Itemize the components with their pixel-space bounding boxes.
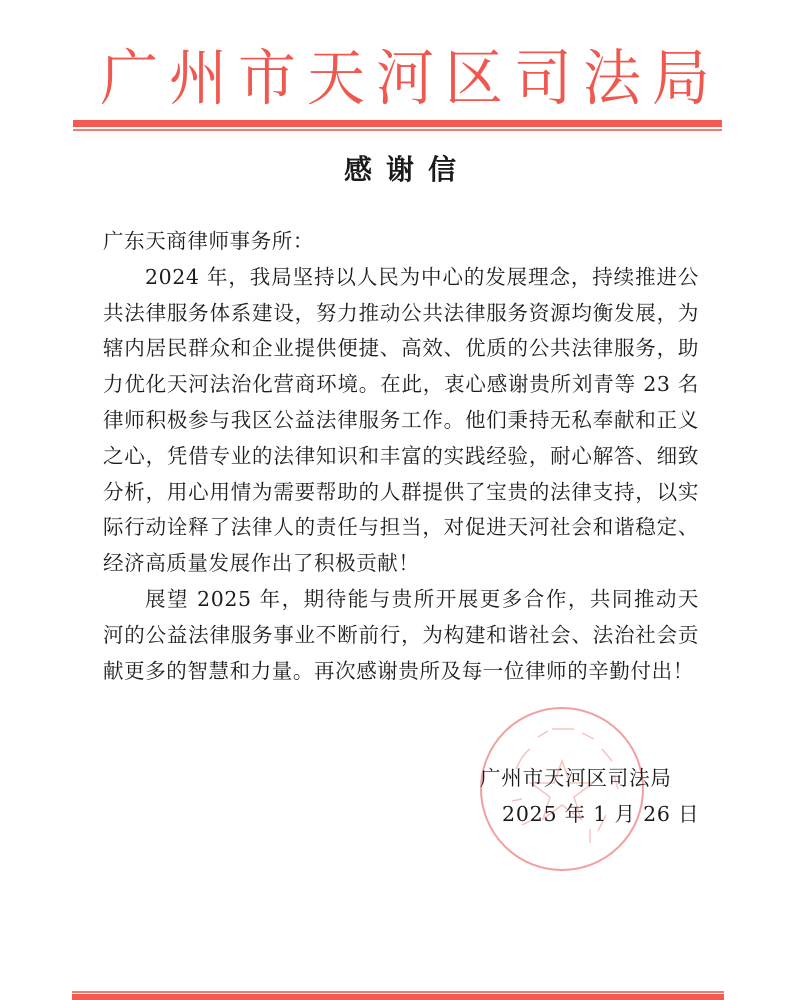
letterhead-char: 市 <box>238 38 296 118</box>
letterhead-divider-thick <box>73 120 722 127</box>
signature-block: 广州市天河区司法局 2025 年 1 月 26 日 <box>478 760 708 832</box>
letterhead-char: 河 <box>376 38 434 118</box>
letterhead-char: 法 <box>583 38 641 118</box>
signature-organization: 广州市天河区司法局 <box>478 760 708 796</box>
letter-body: 广东天商律师事务所： 2024 年，我局坚持以人民为中心的发展理念，持续推进公共… <box>103 224 699 689</box>
letterhead-char: 天 <box>307 38 365 118</box>
body-paragraph: 展望 2025 年，期待能与贵所开展更多合作，共同推动天河的公益法律服务事业不断… <box>103 582 699 689</box>
footer-divider-thick <box>72 994 724 1000</box>
letterhead-char: 州 <box>169 38 227 118</box>
footer-divider-thin <box>72 991 724 993</box>
letterhead-char: 局 <box>652 38 710 118</box>
signature-date: 2025 年 1 月 26 日 <box>478 796 708 832</box>
letterhead-char: 广 <box>100 38 158 118</box>
letterhead-char: 区 <box>445 38 503 118</box>
salutation: 广东天商律师事务所： <box>103 224 699 260</box>
letterhead-title: 广 州 市 天 河 区 司 法 局 <box>100 40 710 116</box>
letterhead-divider-thin <box>73 129 722 131</box>
body-paragraph: 2024 年，我局坚持以人民为中心的发展理念，持续推进公共法律服务体系建设，努力… <box>103 260 699 582</box>
letterhead-char: 司 <box>514 38 572 118</box>
letter-heading: 感谢信 <box>0 150 800 190</box>
